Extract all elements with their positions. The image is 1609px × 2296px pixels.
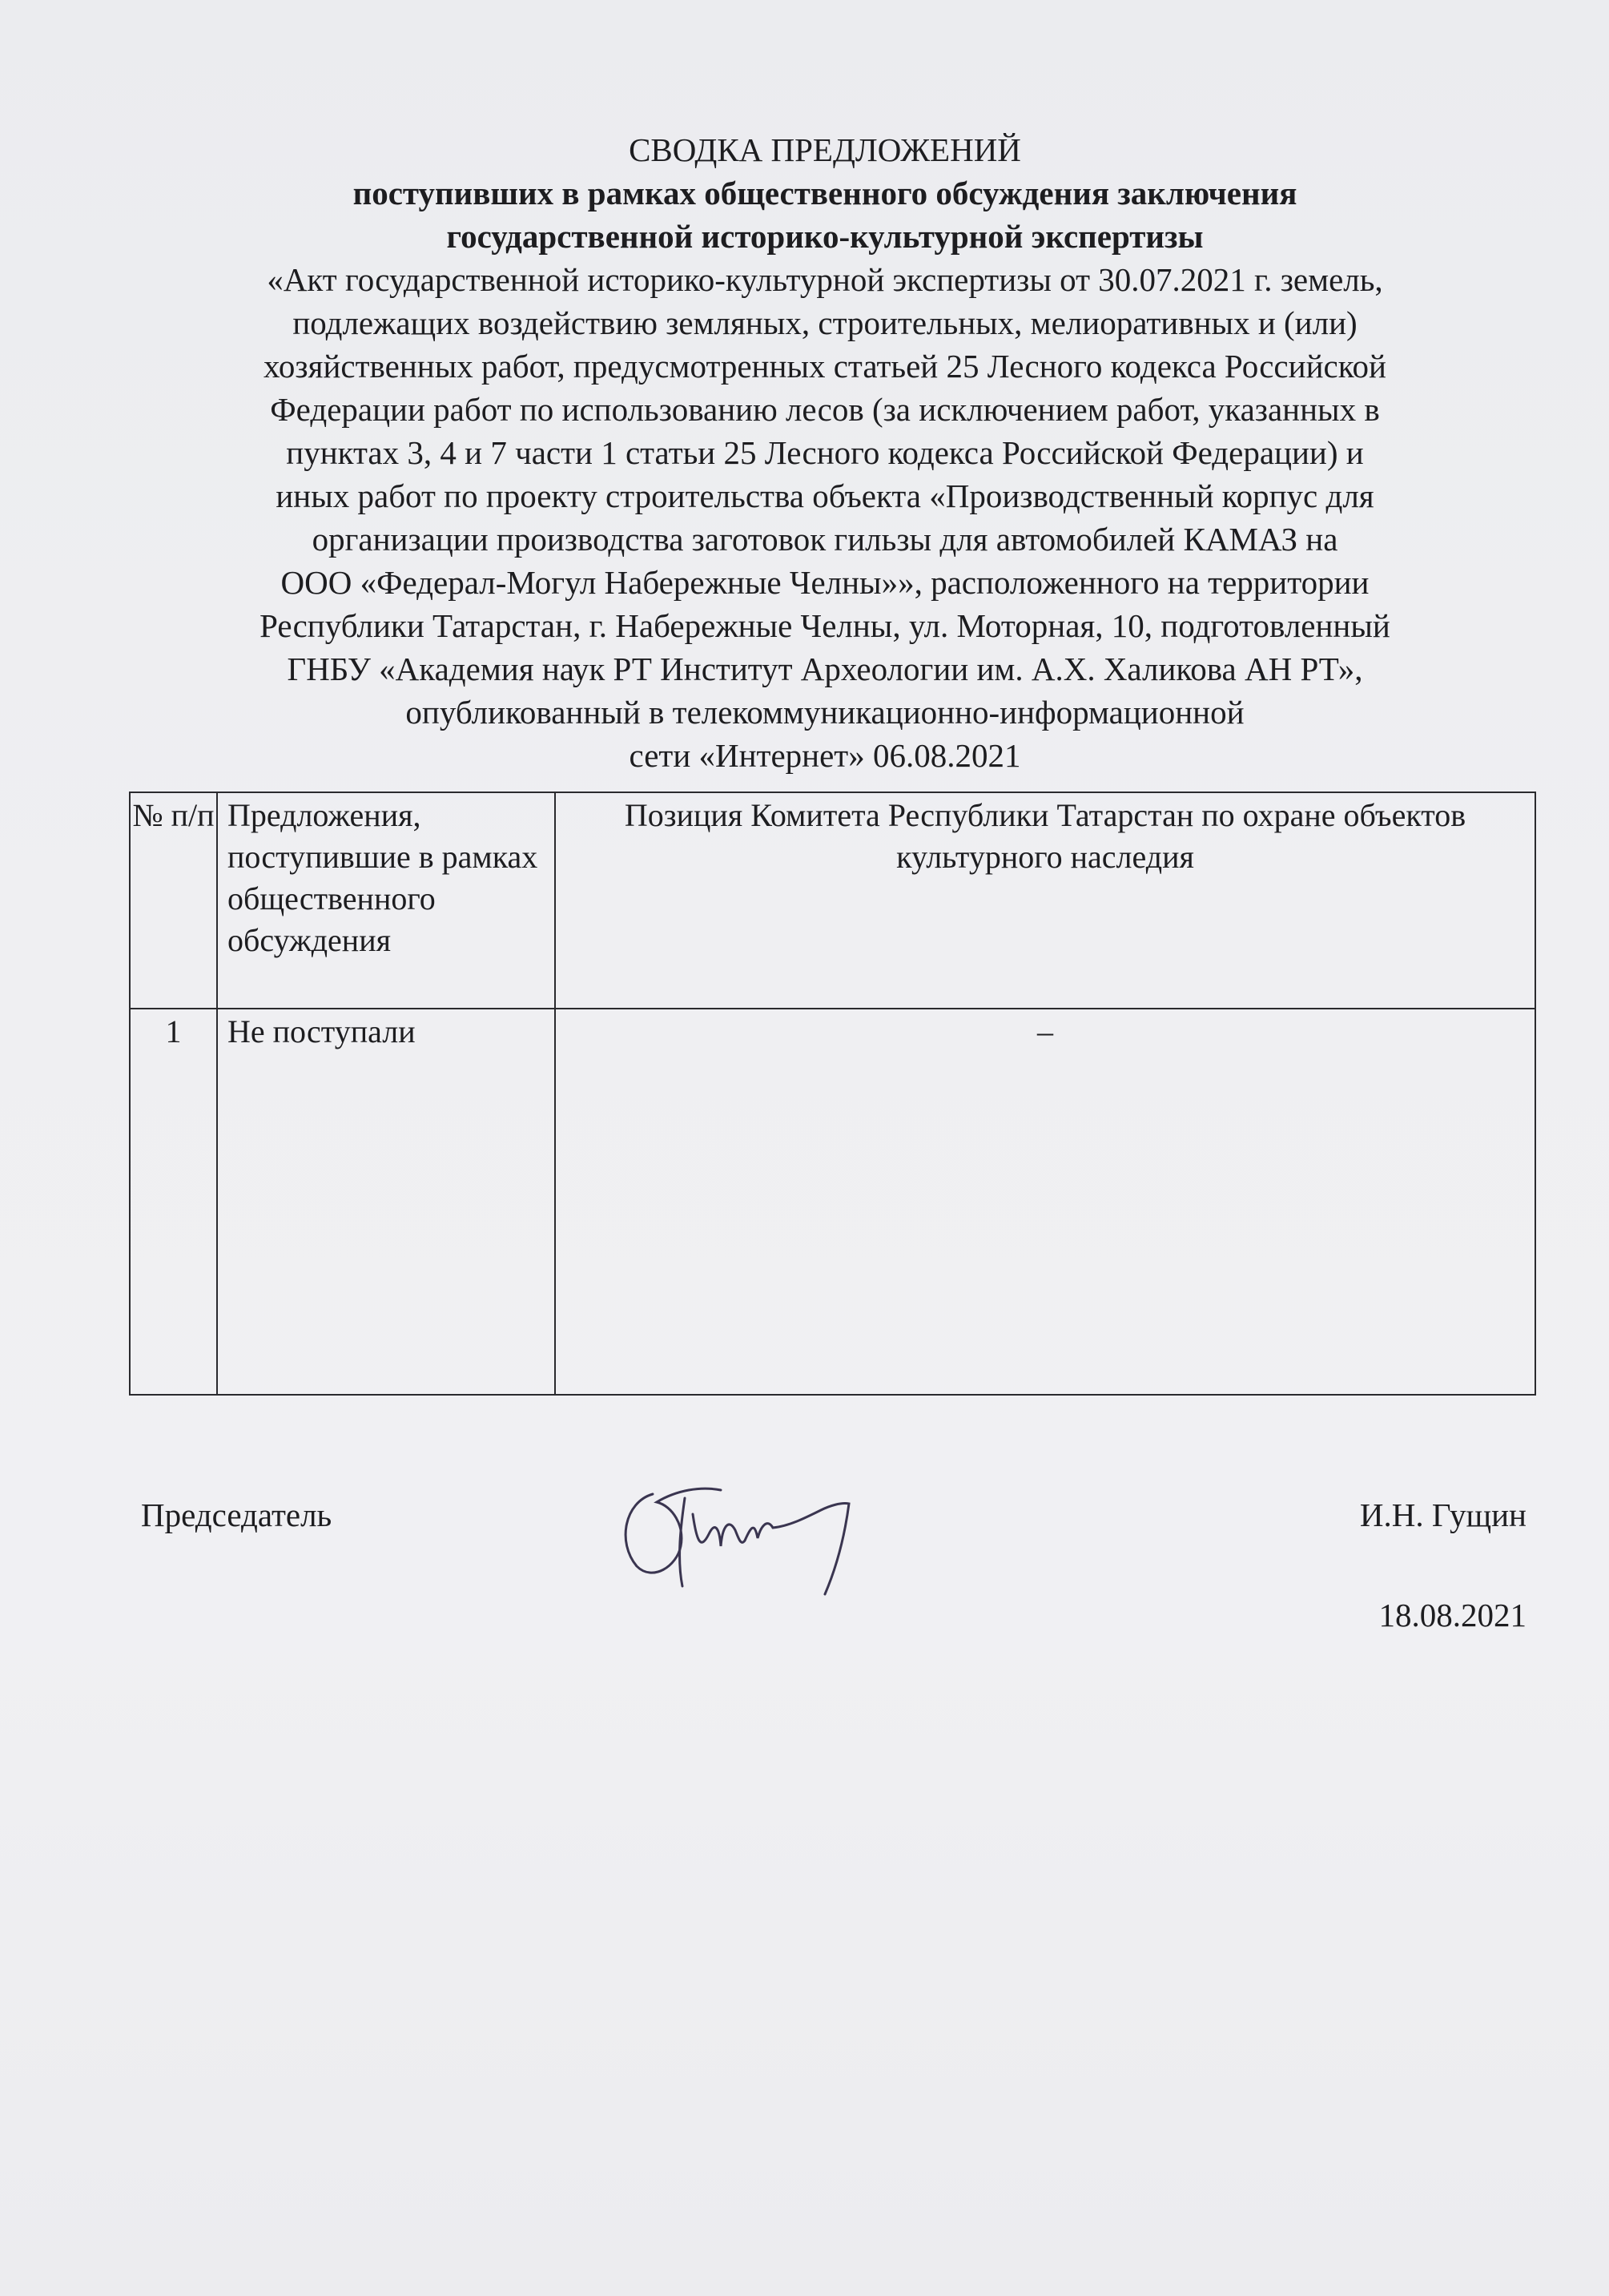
row-position-text: – (556, 1009, 1535, 1053)
row-proposals: Не поступали (217, 1009, 555, 1395)
row-proposals-text: Не поступали (227, 1009, 554, 1053)
document-body-line: ООО «Федерал-Могул Набережные Челны»», р… (120, 561, 1530, 604)
header-num: № п/п (130, 792, 217, 1009)
document-heading: СВОДКА ПРЕДЛОЖЕНИЙ поступивших в рамках … (120, 128, 1530, 777)
document-body-line: сети «Интернет» 06.08.2021 (120, 734, 1530, 777)
document-body-line: подлежащих воздействию земляных, строите… (120, 301, 1530, 344)
document-page: СВОДКА ПРЕДЛОЖЕНИЙ поступивших в рамках … (0, 0, 1609, 2296)
document-subtitle-line: государственной историко-культурной эксп… (120, 215, 1530, 258)
signatory-name: И.Н. Гущин (1360, 1494, 1527, 1536)
document-body-line: опубликованный в телекоммуникационно-инф… (120, 691, 1530, 734)
handwritten-signature-icon (609, 1470, 881, 1606)
document-body-line: «Акт государственной историко-культурной… (120, 258, 1530, 301)
row-num-text: 1 (131, 1009, 216, 1053)
table-header-row: № п/п Предложения, поступившие в рамках … (130, 792, 1535, 1009)
table-row: 1 Не поступали – (130, 1009, 1535, 1395)
document-title: СВОДКА ПРЕДЛОЖЕНИЙ (120, 128, 1530, 171)
header-num-text: № п/п (131, 793, 216, 836)
document-body-line: Республики Татарстан, г. Набережные Челн… (120, 604, 1530, 647)
document-body-line: Федерации работ по использованию лесов (… (120, 388, 1530, 431)
header-proposals-text: Предложения, поступившие в рамках общест… (227, 793, 554, 961)
signatory-role: Председатель (141, 1494, 332, 1536)
signature-date: 18.08.2021 (1379, 1594, 1527, 1636)
header-position-text: Позиция Комитета Республики Татарстан по… (556, 793, 1535, 878)
document-body-line: организации производства заготовок гильз… (120, 518, 1530, 561)
header-position: Позиция Комитета Республики Татарстан по… (555, 792, 1535, 1009)
document-body-line: хозяйственных работ, предусмотренных ста… (120, 344, 1530, 388)
document-body-line: иных работ по проекту строительства объе… (120, 474, 1530, 518)
row-position: – (555, 1009, 1535, 1395)
document-body-line: пунктах 3, 4 и 7 части 1 статьи 25 Лесно… (120, 431, 1530, 474)
header-proposals: Предложения, поступившие в рамках общест… (217, 792, 555, 1009)
proposals-table: № п/п Предложения, поступившие в рамках … (129, 792, 1536, 1396)
document-body-line: ГНБУ «Академия наук РТ Институт Археолог… (120, 647, 1530, 691)
document-subtitle-line: поступивших в рамках общественного обсуж… (120, 171, 1530, 215)
row-num: 1 (130, 1009, 217, 1395)
